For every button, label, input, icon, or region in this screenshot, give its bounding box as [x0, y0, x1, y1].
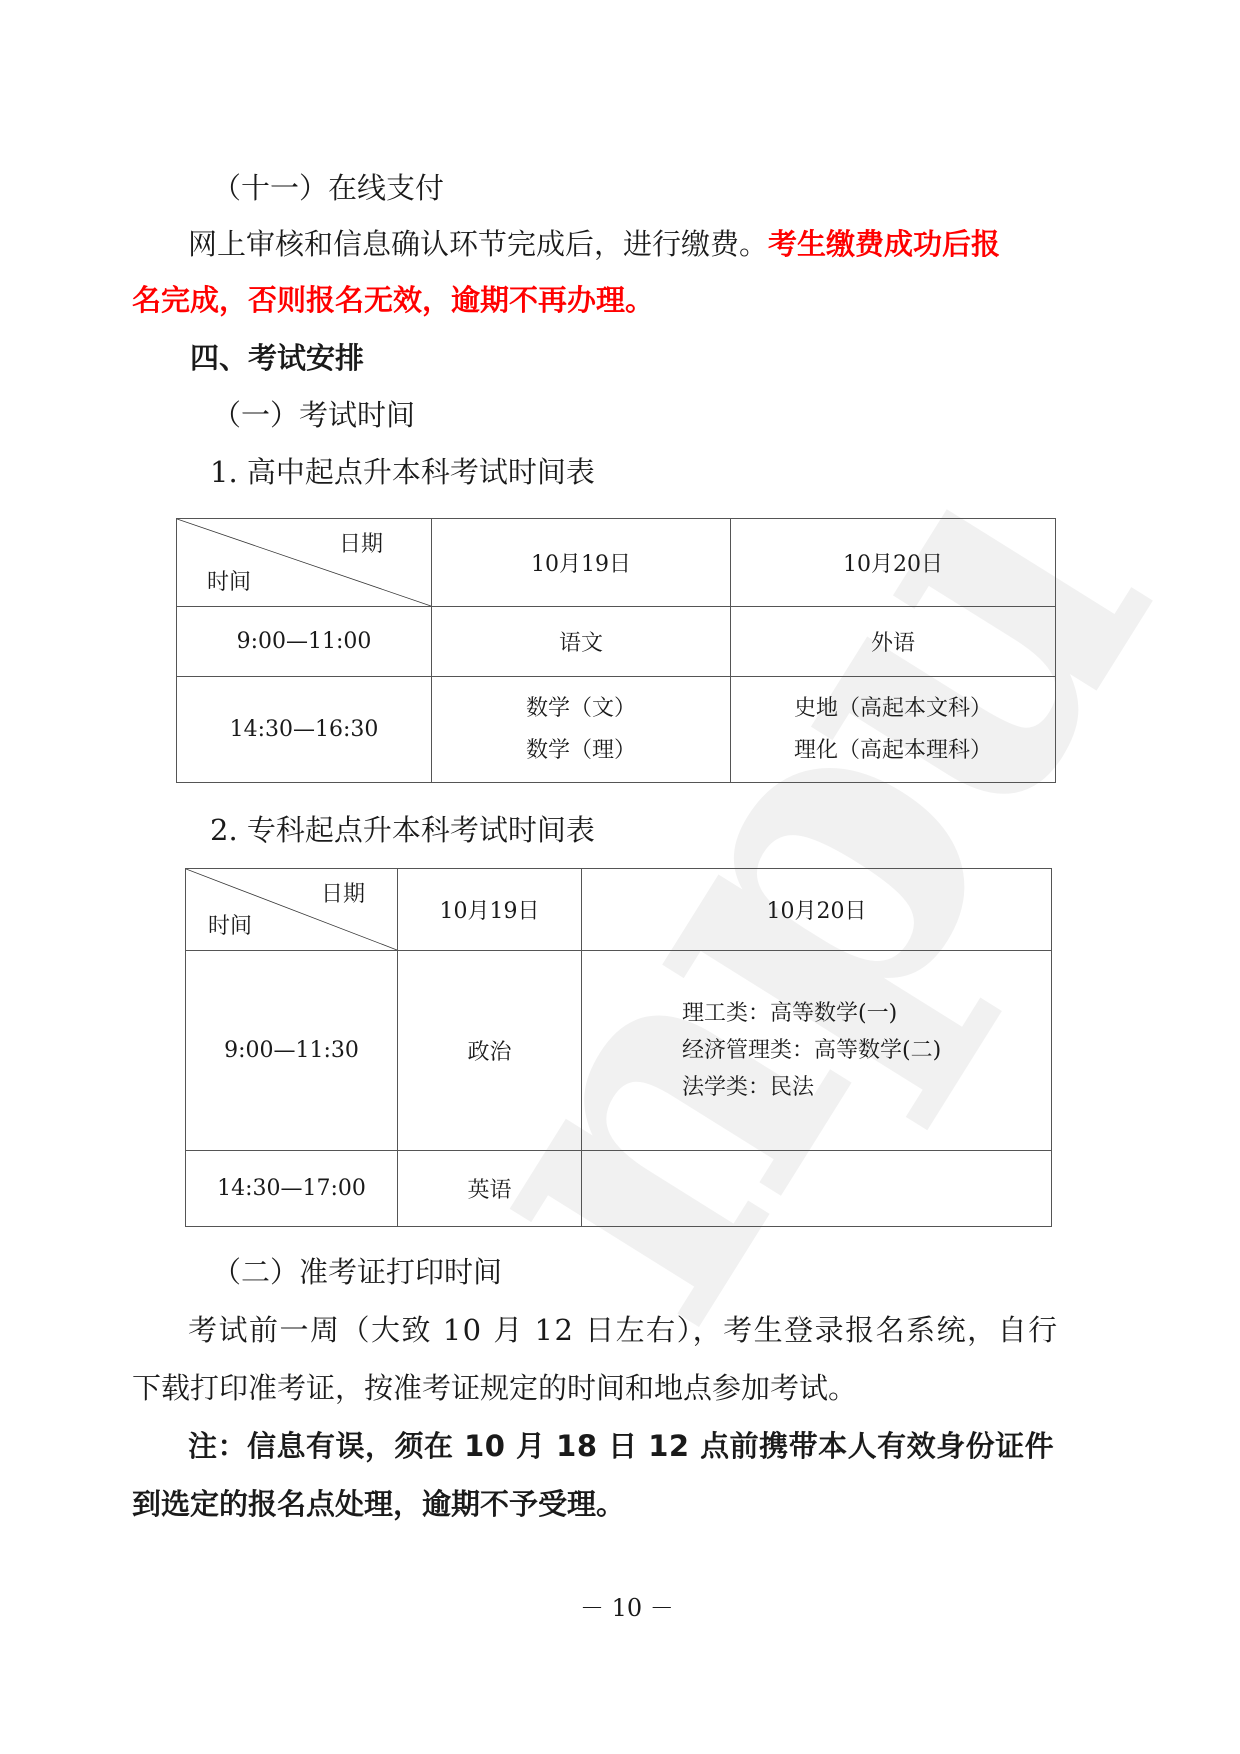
- subject-cell: 政治: [398, 951, 582, 1151]
- corner-time-label: 时间: [207, 565, 251, 596]
- section-4-heading: 四、考试安排: [190, 336, 364, 377]
- table-associate-to-bachelor: 日期 时间 10月19日 10月20日 9:00—11:30 政治 理工类：高等…: [185, 868, 1052, 1227]
- subject-line: 数学（理）: [432, 730, 730, 772]
- table-row: 14:30—16:30 数学（文） 数学（理） 史地（高起本文科） 理化（高起本…: [177, 677, 1056, 783]
- subject-cell: 外语: [731, 607, 1056, 677]
- time-cell: 14:30—17:00: [186, 1151, 398, 1227]
- subject-line: 经济管理类：高等数学(二): [682, 1032, 1051, 1069]
- table-row: 9:00—11:00 语文 外语: [177, 607, 1056, 677]
- exam-time-subheading: （一）考试时间: [212, 393, 415, 434]
- time-cell: 9:00—11:00: [177, 607, 432, 677]
- subject-line: 理化（高起本理科）: [731, 730, 1055, 772]
- table-header-row: 日期 时间 10月19日 10月20日: [177, 519, 1056, 607]
- paragraph-normal-text: 网上审核和信息确认环节完成后，进行缴费。: [188, 227, 768, 261]
- corner-time-label: 时间: [208, 909, 252, 940]
- column-header: 10月19日: [432, 519, 731, 607]
- subject-cell: 史地（高起本文科） 理化（高起本理科）: [731, 677, 1056, 783]
- paragraph-red-warning: 考生缴费成功后报: [768, 227, 1000, 261]
- page-number: － 10 －: [580, 1588, 674, 1623]
- subject-line: 数学（文）: [432, 688, 730, 730]
- admission-ticket-paragraph-continued: 下载打印准考证，按准考证规定的时间和地点参加考试。: [132, 1366, 857, 1407]
- section-11-heading: （十一）在线支付: [212, 166, 444, 207]
- note-paragraph: 注：信息有误，须在 10 月 18 日 12 点前携带本人有效身份证件: [188, 1424, 1054, 1465]
- column-header: 10月19日: [398, 869, 582, 951]
- column-header: 10月20日: [582, 869, 1052, 951]
- table-row: 9:00—11:30 政治 理工类：高等数学(一) 经济管理类：高等数学(二) …: [186, 951, 1052, 1151]
- corner-cell: 日期 时间: [186, 869, 398, 951]
- section-11-paragraph: 网上审核和信息确认环节完成后，进行缴费。考生缴费成功后报: [188, 222, 1000, 263]
- table-high-school-to-bachelor: 日期 时间 10月19日 10月20日 9:00—11:00 语文 外语 14:…: [176, 518, 1056, 783]
- table1-title: 1. 高中起点升本科考试时间表: [210, 450, 595, 491]
- note-paragraph-continued: 到选定的报名点处理，逾期不予受理。: [132, 1482, 625, 1523]
- column-header: 10月20日: [731, 519, 1056, 607]
- subject-line: 法学类：民法: [682, 1069, 1051, 1106]
- time-cell: 9:00—11:30: [186, 951, 398, 1151]
- empty-cell: [582, 1151, 1052, 1227]
- subject-cell: 语文: [432, 607, 731, 677]
- paragraph-red-warning-continued: 名完成，否则报名无效，逾期不再办理。: [132, 278, 654, 319]
- admission-ticket-subheading: （二）准考证打印时间: [212, 1250, 502, 1291]
- corner-cell: 日期 时间: [177, 519, 432, 607]
- subject-cell: 英语: [398, 1151, 582, 1227]
- table-header-row: 日期 时间 10月19日 10月20日: [186, 869, 1052, 951]
- admission-ticket-paragraph: 考试前一周（大致 10 月 12 日左右），考生登录报名系统，自行: [188, 1308, 1059, 1349]
- subject-cell: 理工类：高等数学(一) 经济管理类：高等数学(二) 法学类：民法: [582, 951, 1052, 1151]
- subject-cell: 数学（文） 数学（理）: [432, 677, 731, 783]
- subject-line: 史地（高起本文科）: [731, 688, 1055, 730]
- corner-date-label: 日期: [321, 877, 365, 908]
- table-row: 14:30—17:00 英语: [186, 1151, 1052, 1227]
- time-cell: 14:30—16:30: [177, 677, 432, 783]
- table2-title: 2. 专科起点升本科考试时间表: [210, 808, 595, 849]
- corner-date-label: 日期: [339, 527, 383, 558]
- subject-line: 理工类：高等数学(一): [682, 995, 1051, 1032]
